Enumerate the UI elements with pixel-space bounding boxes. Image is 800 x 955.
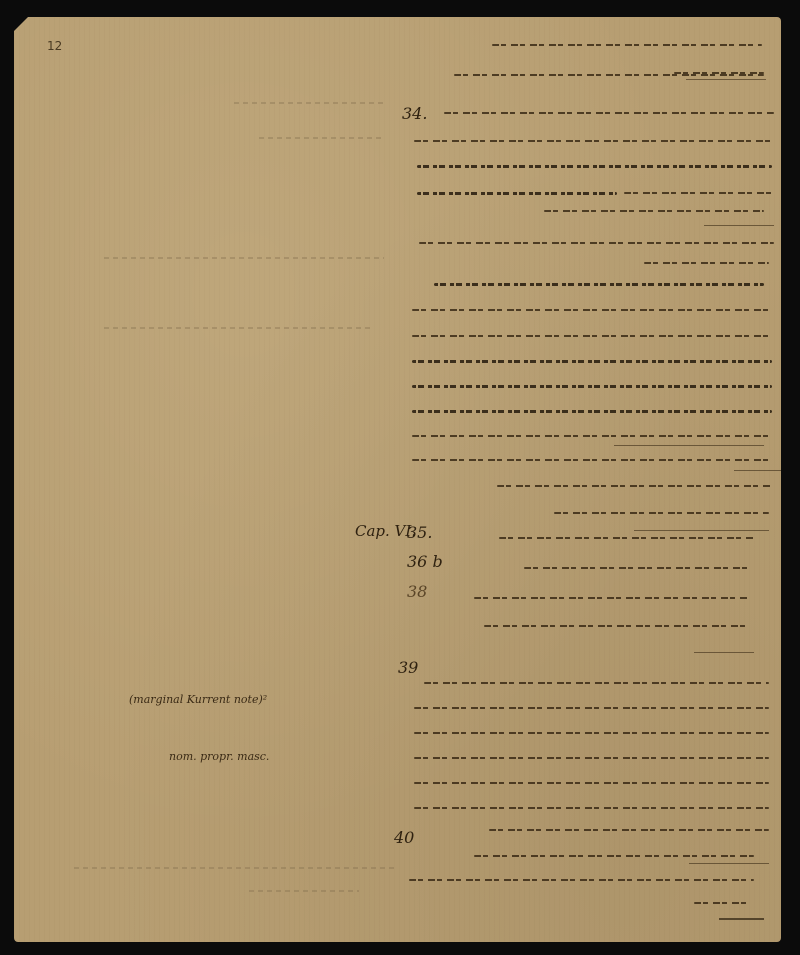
- handwritten-line: [484, 625, 749, 627]
- handwritten-line: [424, 682, 769, 684]
- kurrent-line: [412, 360, 772, 363]
- handwritten-line: [554, 512, 769, 514]
- handwritten-line: [414, 732, 769, 734]
- handwritten-line: [524, 567, 749, 569]
- margin-note: nom. propr. masc.: [169, 750, 269, 763]
- handwritten-line: [474, 855, 754, 857]
- kurrent-line: [417, 192, 617, 195]
- handwritten-line: [412, 459, 772, 461]
- handwritten-line: [474, 597, 749, 599]
- handwritten-line: [414, 757, 769, 759]
- kurrent-line: [412, 385, 772, 388]
- bleed-through: [104, 257, 384, 259]
- handwritten-line: [409, 879, 754, 881]
- verse-number: 34.: [402, 104, 427, 123]
- handwritten-line: [414, 782, 769, 784]
- bleed-through: [74, 867, 394, 869]
- handwritten-line: [419, 242, 774, 244]
- verse-number: 36 b: [407, 552, 443, 571]
- manuscript-page: 12 34. Cap. VI. 35. 36 b 38 39 40: [14, 17, 781, 942]
- underline: [686, 79, 766, 80]
- handwritten-line: [694, 902, 749, 904]
- bleed-through: [234, 102, 384, 104]
- margin-note: (marginal Kurrent note)²: [129, 693, 267, 706]
- handwritten-line: [412, 435, 772, 437]
- underline: [634, 530, 769, 531]
- handwritten-line: [414, 707, 769, 709]
- handwritten-line: [414, 807, 769, 809]
- handwritten-line: [644, 262, 769, 264]
- underline: [614, 445, 764, 446]
- bleed-through: [259, 137, 384, 139]
- handwritten-line: [454, 74, 764, 76]
- handwritten-line: [444, 112, 774, 114]
- handwritten-line: [674, 72, 764, 74]
- kurrent-line: [434, 283, 764, 286]
- handwritten-line: [544, 210, 764, 212]
- handwritten-line: [412, 309, 772, 311]
- handwritten-line: [624, 192, 774, 194]
- underline: [694, 652, 754, 653]
- closing-flourish: [719, 918, 764, 920]
- bleed-through: [249, 890, 359, 892]
- handwritten-line: [412, 335, 772, 337]
- handwritten-line: [414, 140, 774, 142]
- verse-number: 38: [407, 582, 427, 601]
- handwritten-line: [499, 537, 754, 539]
- underline: [704, 225, 774, 226]
- underline: [734, 470, 784, 471]
- handwritten-line: [492, 44, 762, 46]
- kurrent-line: [412, 410, 772, 413]
- verse-number: 35.: [407, 523, 432, 542]
- page-number: 12: [47, 39, 62, 53]
- kurrent-line: [417, 165, 772, 168]
- handwritten-line: [497, 485, 772, 487]
- verse-number: 40: [394, 828, 414, 847]
- verse-number: 39: [398, 658, 418, 677]
- bleed-through: [104, 327, 374, 329]
- underline: [689, 863, 769, 864]
- handwritten-line: [489, 829, 769, 831]
